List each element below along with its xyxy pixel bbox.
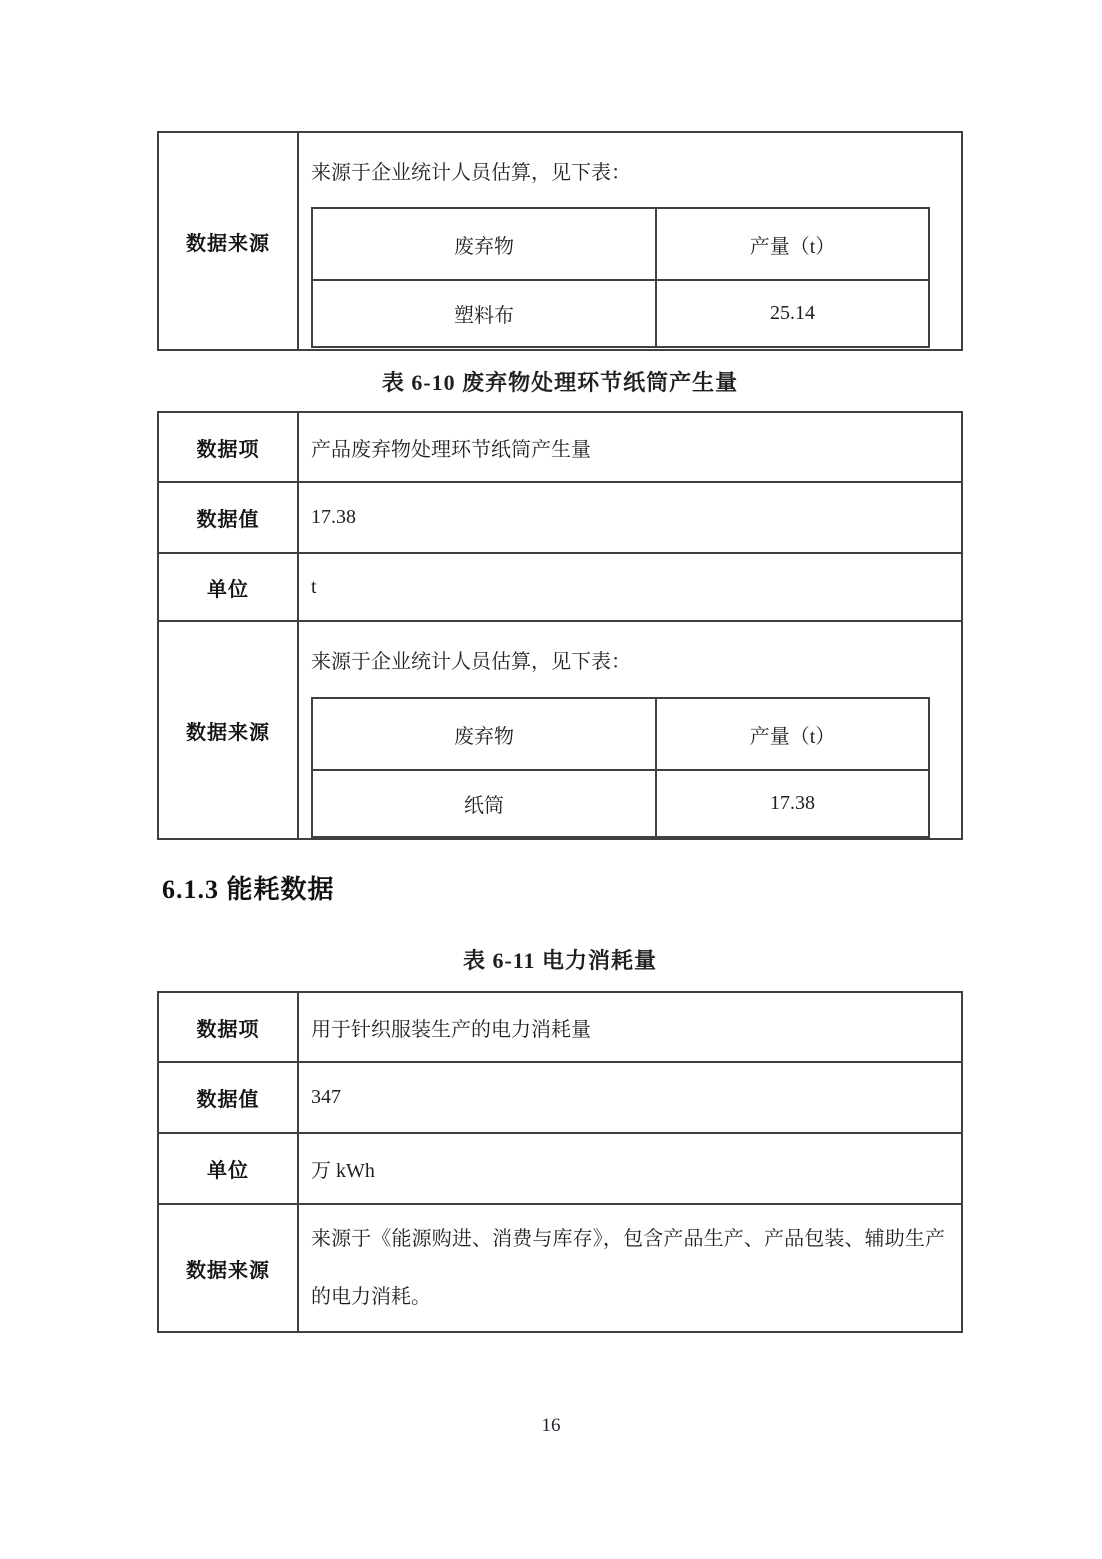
row-label-unit: 单位 xyxy=(158,553,298,621)
waste-output-table: 废弃物 产量（t） 纸筒 17.38 xyxy=(311,697,930,838)
unit-value: 万 kWh xyxy=(298,1133,962,1204)
table-6-10: 数据项 产品废弃物处理环节纸筒产生量 数据值 17.38 单位 t 数据来源 来… xyxy=(157,411,963,840)
page-content: 数据来源 来源于企业统计人员估算，见下表： 废弃物 产量（t） 塑料布 xyxy=(157,131,963,1333)
source-intro-text: 来源于企业统计人员估算，见下表： xyxy=(311,133,961,207)
source-intro-text: 来源于企业统计人员估算，见下表： xyxy=(311,622,961,697)
data-item-value: 产品废弃物处理环节纸筒产生量 xyxy=(298,412,962,482)
table-6-11-caption: 表 6-11 电力消耗量 xyxy=(157,946,963,976)
data-value-value: 347 xyxy=(298,1062,962,1133)
unit-value: t xyxy=(298,553,962,621)
table-row: 单位 万 kWh xyxy=(158,1133,962,1204)
document-page: 数据来源 来源于企业统计人员估算，见下表： 废弃物 产量（t） 塑料布 xyxy=(0,0,1102,1559)
waste-amount-cell: 17.38 xyxy=(656,770,929,837)
column-header-output: 产量（t） xyxy=(656,208,929,280)
table-row: 数据来源 来源于企业统计人员估算，见下表： 废弃物 产量（t） 塑料布 xyxy=(158,132,962,350)
data-source-cell: 来源于企业统计人员估算，见下表： 废弃物 产量（t） 塑料布 25.14 xyxy=(298,132,962,350)
table-header-row: 废弃物 产量（t） xyxy=(312,208,929,280)
column-header-output: 产量（t） xyxy=(656,698,929,770)
waste-amount-cell: 25.14 xyxy=(656,280,929,347)
section-heading-6-1-3: 6.1.3 能耗数据 xyxy=(157,874,963,906)
table-6-11: 数据项 用于针织服装生产的电力消耗量 数据值 347 单位 万 kWh 数据来源… xyxy=(157,991,963,1333)
table-row: 塑料布 25.14 xyxy=(312,280,929,347)
row-label-data-source: 数据来源 xyxy=(158,621,298,839)
table-row: 数据值 347 xyxy=(158,1062,962,1133)
page-number: 16 xyxy=(0,1415,1102,1437)
column-header-waste: 废弃物 xyxy=(312,698,656,770)
data-value-value: 17.38 xyxy=(298,482,962,553)
table-row: 数据项 用于针织服装生产的电力消耗量 xyxy=(158,992,962,1062)
column-header-waste: 废弃物 xyxy=(312,208,656,280)
waste-name-cell: 塑料布 xyxy=(312,280,656,347)
data-source-text: 来源于《能源购进、消费与库存》，包含产品生产、产品包装、辅助生产的电力消耗。 xyxy=(298,1204,962,1332)
row-label-unit: 单位 xyxy=(158,1133,298,1204)
table-header-row: 废弃物 产量（t） xyxy=(312,698,929,770)
row-label-data-source: 数据来源 xyxy=(158,132,298,350)
table-row: 数据来源 来源于企业统计人员估算，见下表： 废弃物 产量（t） 纸筒 xyxy=(158,621,962,839)
continuation-table: 数据来源 来源于企业统计人员估算，见下表： 废弃物 产量（t） 塑料布 xyxy=(157,131,963,351)
row-label-data-item: 数据项 xyxy=(158,992,298,1062)
data-source-cell: 来源于企业统计人员估算，见下表： 废弃物 产量（t） 纸筒 17.38 xyxy=(298,621,962,839)
table-row: 单位 t xyxy=(158,553,962,621)
row-label-data-source: 数据来源 xyxy=(158,1204,298,1332)
table-6-10-caption: 表 6-10 废弃物处理环节纸筒产生量 xyxy=(157,368,963,398)
row-label-data-value: 数据值 xyxy=(158,1062,298,1133)
table-row: 数据来源 来源于《能源购进、消费与库存》，包含产品生产、产品包装、辅助生产的电力… xyxy=(158,1204,962,1332)
table-row: 数据值 17.38 xyxy=(158,482,962,553)
row-label-data-item: 数据项 xyxy=(158,412,298,482)
row-label-data-value: 数据值 xyxy=(158,482,298,553)
waste-output-table: 废弃物 产量（t） 塑料布 25.14 xyxy=(311,207,930,348)
waste-name-cell: 纸筒 xyxy=(312,770,656,837)
data-item-value: 用于针织服装生产的电力消耗量 xyxy=(298,992,962,1062)
table-row: 数据项 产品废弃物处理环节纸筒产生量 xyxy=(158,412,962,482)
table-row: 纸筒 17.38 xyxy=(312,770,929,837)
